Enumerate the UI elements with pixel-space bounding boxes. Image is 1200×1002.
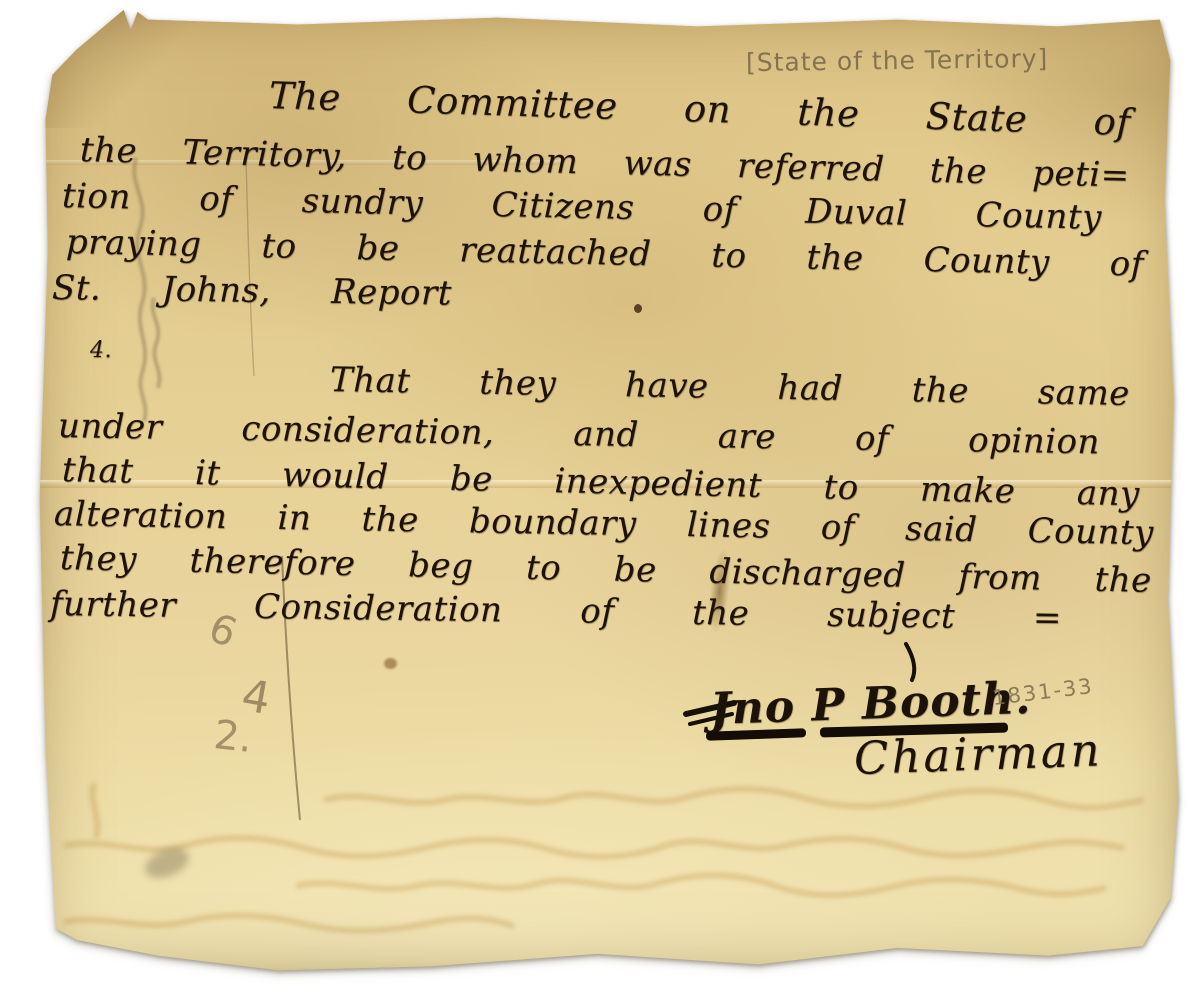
paper-shadow-wrapper: [State of the Territory] The Committee o… <box>0 0 1200 1002</box>
document-paper: [State of the Territory] The Committee o… <box>34 8 1184 976</box>
ink-flick-mark <box>906 644 914 680</box>
pencil-margin-mark-2: 2. <box>212 712 255 762</box>
bleed-through-text <box>64 783 1144 931</box>
gray-smudge <box>141 842 193 883</box>
manuscript-line-5: St. Johns, Report <box>52 268 453 314</box>
small-ink-spot <box>634 304 642 313</box>
signature-title-chairman: Chairman <box>853 723 1103 785</box>
pencil-annotation-state-of-territory: [State of the Territory] <box>746 44 1049 77</box>
small-ink-mark: 4. <box>90 338 124 363</box>
document-scan: [State of the Territory] The Committee o… <box>0 0 1200 1002</box>
manuscript-line-6: That they have had the same <box>330 360 1131 414</box>
manuscript-line-1: The Committee on the State of <box>268 74 1131 144</box>
corner-fold-shading <box>42 8 202 128</box>
brown-stain-spot <box>384 658 397 669</box>
